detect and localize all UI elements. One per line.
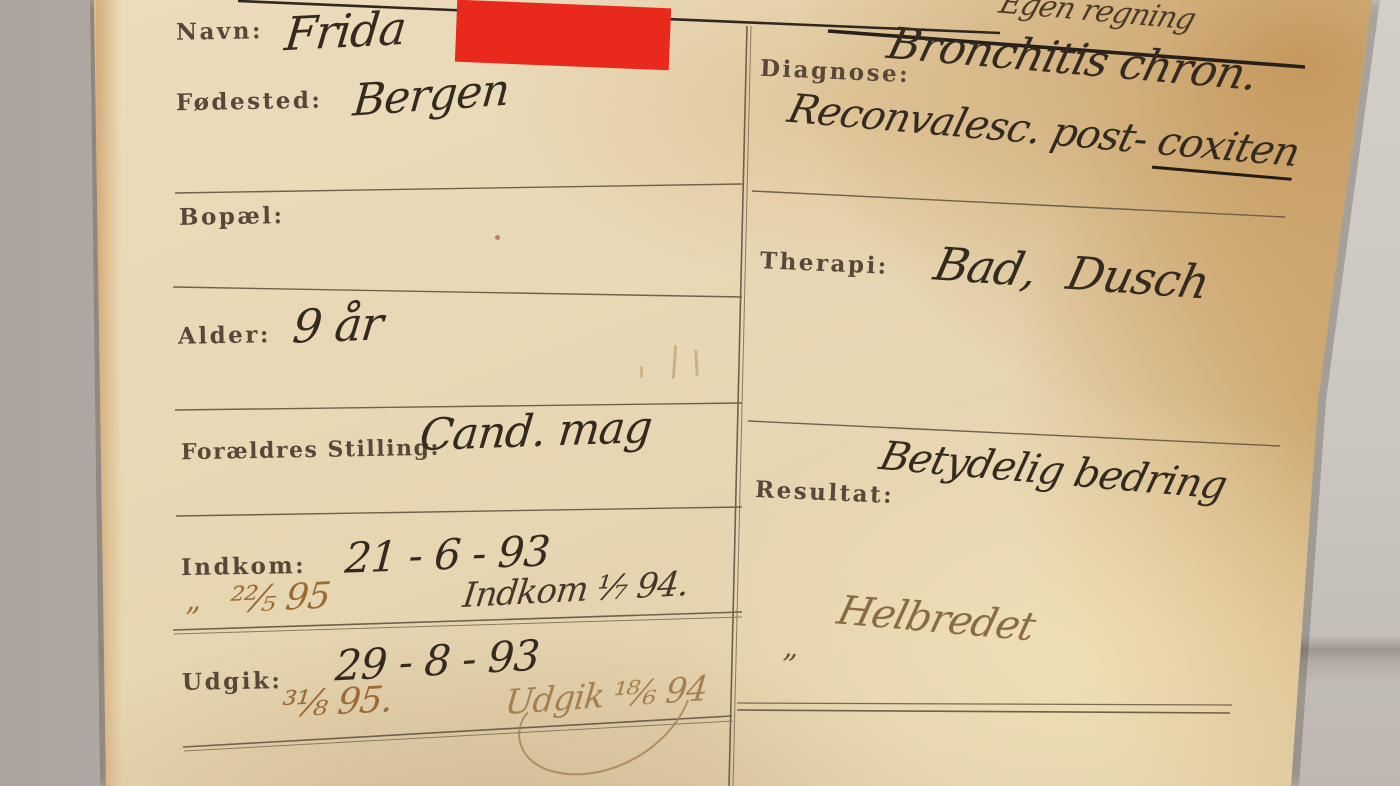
ditto-mark: „ — [184, 583, 200, 618]
field-alder-value: 9 år — [290, 296, 385, 353]
field-udgik-label: Udgik: — [182, 667, 283, 696]
field-navn-label: Navn: — [176, 17, 263, 46]
photo-of-record-card: Egen regning Navn: Frida Fødested: Berge… — [0, 0, 1400, 786]
rule-line — [175, 184, 742, 193]
field-foraeldres-label: Forældres Stilling: — [181, 435, 440, 466]
rule-line — [737, 710, 1230, 713]
record-card: Egen regning Navn: Frida Fødested: Berge… — [0, 0, 1400, 786]
rule-line — [737, 703, 1232, 705]
rule-line — [748, 421, 1280, 446]
rule-line — [183, 716, 732, 747]
rule-line — [184, 721, 733, 751]
rule-line — [173, 287, 742, 297]
field-fodested-label: Fødested: — [176, 87, 323, 117]
field-bopael-label: Bopæl: — [179, 202, 285, 231]
column-divider-line — [729, 26, 747, 786]
field-navn-value: Frida — [282, 1, 408, 62]
indkom-addendum-date: ²²⁄₅ 95 — [228, 575, 332, 622]
field-therapi-label: Therapi: — [759, 247, 889, 280]
ink-dot — [495, 235, 500, 240]
field-foraeldres-value: Cand. mag — [417, 402, 654, 461]
faint-pencil-mark — [640, 366, 643, 378]
ditto-mark: „ — [782, 630, 798, 666]
rule-line — [176, 507, 742, 516]
redaction-box — [455, 0, 671, 70]
field-alder-label: Alder: — [178, 321, 271, 350]
column-divider-line — [733, 26, 751, 786]
udgik-addendum-date: ³¹⁄₈ 95. — [280, 679, 395, 726]
rule-line — [752, 191, 1285, 217]
